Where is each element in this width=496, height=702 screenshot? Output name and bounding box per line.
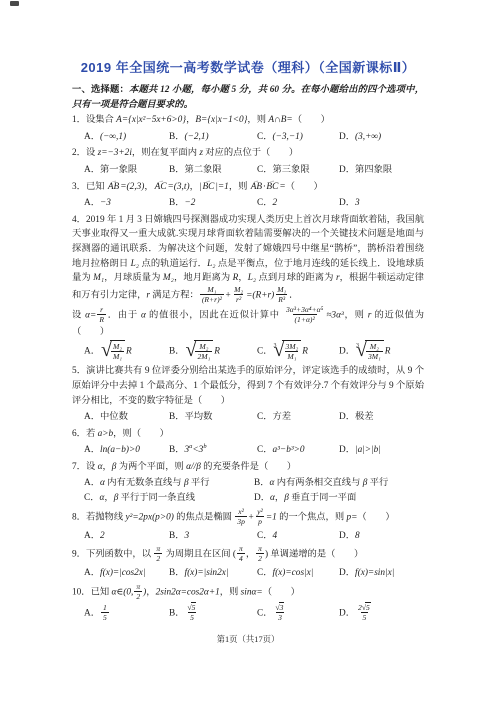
root-expression: 3√3M₂M₁ [274,340,302,361]
question-6: 6．若 a>b，则（ ）A．ln(a−b)>0B．3a<3bC．a³−b³>0D… [72,427,424,458]
text-run: D．极差 [339,412,374,422]
text-run: 为两个平面，则 [116,462,186,472]
text-run: D．第四象限 [339,165,392,175]
text-run: ，则 [229,182,250,192]
text-run: A． [84,445,100,455]
text-run: ，则在复平面内 [132,148,199,158]
denominator: 2M₁ [195,351,212,361]
math-run: 3 [355,198,360,208]
math-run: −3 [100,198,111,208]
vector: BC [265,180,279,195]
text-run: 平行 [189,478,210,488]
text-run: 内有两条相交直线与 [274,478,362,488]
math-run: R [126,347,132,357]
option-D: D．2√55 [339,604,424,623]
option-A: A．2 [84,529,169,544]
fraction: √33 [274,603,287,622]
text-run: A．第一象限 [84,165,137,175]
math-run: =(2,3) [120,182,144,192]
denominator: R³ [276,294,287,304]
numerator: M₂ [197,342,210,351]
radicand: 5 [191,602,197,612]
fraction: M₁(R+r)² [200,285,224,304]
denominator: 5 [188,612,196,622]
text-run: 平行于同一条直线 [118,493,195,503]
math-run: <3 [192,445,203,455]
fraction: M₂3M₁ [366,342,383,361]
options-row: A．ln(a−b)>0B．3a<3bC．a³−b³>0D．|a|>|b| [72,443,424,458]
question-stem: 1．设集合 A={x|x²−5x+6>0}，B={x|x−1<0}，则 A∩B=… [72,113,424,128]
math-run: y²=2px(p>0) [125,512,173,522]
math-run: =(3,t) [168,182,190,192]
numerator: π [134,582,142,591]
text-run: ， [146,587,155,597]
option-C: C．方差 [257,410,339,425]
denominator: R [97,314,106,324]
text-run: 9．下列函数中，以 [72,550,153,560]
math-run: p= [346,512,357,522]
math-run: 2 [273,198,278,208]
text-run: ， [190,182,199,192]
denominator: (1+α)² [293,314,317,324]
options-row: A．第一象限B．第二象限C．第三象限D．第四象限 [72,163,424,178]
denominator: 3M₁ [366,351,383,361]
fraction: π2 [154,544,162,563]
math-run: L₂ [131,259,139,269]
text-run: 的焦点是椭圆 [174,512,234,522]
math-run: |a|>|b| [355,445,381,455]
question-7: 7．设 α，β 为两个平面，则 α//β 的充要条件是（ ）A．α 内有无数条直… [72,460,424,506]
option-D: D．3√M₂3M₁R [339,341,424,362]
math-run: 4 [273,531,278,541]
text-run: ， [104,493,113,503]
denominator: M₁ [111,351,124,361]
root-content: M₂3M₁ [365,340,384,361]
text-run: ， [275,493,284,503]
text-run: 点的轨道运行． [139,259,207,269]
text-run: C． [257,568,273,578]
exam-content: 一、选择题：本题共 12 小题，每小题 5 分，共 60 分。在每小题给出的四个… [72,83,424,647]
text-run: 为周期且在区间 ( [163,550,236,560]
text-run: ， [238,273,247,283]
math-run: ≈3α³ [326,310,343,320]
text-run: ) 单调递增的是（ ） [265,550,363,560]
option-A: A．f(x)=|cos2x| [84,566,169,581]
question-stem: 7．设 α，β 为两个平面，则 α//β 的充要条件是（ ） [72,460,424,475]
option-C: C．a³−b³>0 [257,443,339,458]
exam-page: 2019 年全国统一高考数学试卷（理科）（全国新课标Ⅱ） 一、选择题：本题共 1… [0,0,496,702]
text-run: ，则（ ） [113,429,169,439]
question-stem: 3．已知 AB=(2,3)，AC=(3,t)，|BC|=1，则 AB·BC=（ … [72,180,424,195]
option-D: D．第四象限 [339,163,424,178]
question-1: 1．设集合 A={x|x²−5x+6>0}，B={x|x−1<0}，则 A∩B=… [72,113,424,144]
denominator: M₁ [285,351,298,361]
text-run: A． [84,198,100,208]
fraction: M₂r² [232,285,245,304]
numerator: 3α³+3α⁴+α⁵ [284,305,325,314]
option-C: C．3√3M₂M₁R [257,341,339,362]
math-run: + [248,512,254,522]
option-C: C．f(x)=cos|x| [257,566,339,581]
text-run: 对应的点位于（ ） [203,148,298,158]
text-run: ，地月距离为 [174,273,233,283]
option-B: B．−2 [169,196,257,211]
text-run: B． [169,531,185,541]
text-run: A． [84,608,100,618]
option-C: C．(−3,−1) [257,130,339,145]
option-A: A．−3 [84,196,169,211]
question-5: 5．演讲比赛共有 9 位评委分别给出某选手的原始评分，评定该选手的成绩时，从 9… [72,364,424,424]
math-run: B={x|x−1<0} [195,115,247,125]
options-row: A．−3B．−2C．2D．3 [72,196,424,211]
fraction: M₂2M₁ [195,342,212,361]
numerator: 1 [101,603,109,612]
option-A: A．中位数 [84,410,169,425]
text-run: B． [169,445,185,455]
math-run: A∩B= [268,115,292,125]
question-8: 8．若抛物线 y²=2px(p>0) 的焦点是椭圆 x²3p+y²p=1 的一个… [72,508,424,544]
options-row: A．中位数B．平均数C．方差D．极差 [72,410,424,425]
text-run: ，则 [220,587,241,597]
option-C: C．α，β 平行于同一条直线 [84,491,254,506]
fraction: π4 [237,544,245,563]
math-run: f(x)=|sin2x| [185,568,229,578]
text-run: D． [339,445,355,455]
text-run: ， [246,550,255,560]
text-run: 8．若抛物线 [72,512,125,522]
math-run: a³−b³>0 [273,445,305,455]
numerator: y² [255,507,265,516]
option-B: B．√M₂2M₁R [169,341,257,362]
text-run: 7．设 [72,462,98,472]
math-run: α∈(0, [112,587,134,597]
options-row: A．f(x)=|cos2x|B．f(x)=|sin2x|C．f(x)=cos|x… [72,566,424,581]
text-run: 的一个焦点，则 [277,512,347,522]
question-stem: 2．设 z=−3+2i，则在复平面内 z 对应的点位于（ ） [72,146,424,161]
math-run: R [385,347,391,357]
text-run: 6．若 [72,429,98,439]
question-stem: 4．2019 年 1 月 3 日嫦娥四号探测器成功实现人类历史上首次月球背面软着… [72,213,424,305]
math-run: −2 [185,198,196,208]
math-run: f(x)=|cos2x| [100,568,145,578]
text-run: ． [289,290,298,300]
math-run: A={x|x²−5x+6>0} [116,115,186,125]
math-run: α//β [186,462,201,472]
text-run: C． [257,608,273,618]
text-run: 内有无数条直线与 [105,478,184,488]
text-run: B． [169,347,185,357]
root-content: 3M₂M₁ [282,340,301,361]
math-run: + [225,290,231,300]
root-expression: √M₂M₁ [101,340,125,361]
text-run: C． [257,445,273,455]
denominator: 3 [276,612,284,622]
math-run: M₁ [93,273,104,283]
text-run: 点到月球的距离为 [256,273,336,283]
fraction: rR [97,305,106,324]
vector: AC [154,180,168,195]
option-A: A．第一象限 [84,163,169,178]
numerator: x² [236,507,246,516]
root-expression: √M₂2M₁ [186,340,214,361]
question-2: 2．设 z=−3+2i，则在复平面内 z 对应的点位于（ ）A．第一象限B．第二… [72,146,424,177]
option-D: D．极差 [339,410,424,425]
math-run: f(x)=sin|x| [355,568,394,578]
text-run: （ ） [263,587,300,597]
fraction: 15 [101,603,109,622]
denominator: 5 [361,612,369,622]
text-run: A． [84,132,100,142]
text-run: 满足方程： [150,290,199,300]
numerator: M₂ [232,285,245,294]
text-run: A． [84,478,100,488]
question-3: 3．已知 AB=(2,3)，AC=(3,t)，|BC|=1，则 AB·BC=（ … [72,180,424,211]
text-run: 1．设集合 [72,115,116,125]
questions-list: 1．设集合 A={x|x²−5x+6>0}，B={x|x−1<0}，则 A∩B=… [72,113,424,623]
root-index: 3 [356,339,359,354]
text-run: B． [169,608,185,618]
question-stem: 设 α=rR．由于 α 的值很小，因此在近似计算中 3α³+3α⁴+α⁵(1+α… [72,306,424,340]
option-C: C．4 [257,529,339,544]
option-B: B．平均数 [169,410,257,425]
section-intro: 一、选择题：本题共 12 小题，每小题 5 分，共 60 分。在每小题给出的四个… [72,83,424,112]
text-run: B． [169,198,185,208]
denominator: 2 [134,591,142,601]
math-run: L₂ [248,273,256,283]
numerator: π [154,544,162,553]
fraction: M₁R³ [275,285,288,304]
denominator: 3p [235,516,247,526]
text-run: C． [257,132,273,142]
option-D: D．(3,+∞) [339,130,424,145]
text-run: B． [169,568,185,578]
text-run: 设 [72,310,85,320]
option-A: A．√M₂M₁R [84,341,169,362]
question-stem: 10．已知 α∈(0,π2)，2sin2α=cos2α+1，则 sinα=（ ） [72,583,424,602]
numerator: M₂ [111,342,124,351]
text-run: 2．设 [72,148,98,158]
text-run: C． [257,531,273,541]
option-C: C．√33 [257,604,339,623]
option-B: B．α 内有两条相交直线与 β 平行 [254,476,424,491]
text-run: D． [339,608,355,618]
options-row: A．α 内有无数条直线与 β 平行B．α 内有两条相交直线与 β 平行C．α，β… [72,476,424,505]
fraction: 3α³+3α⁴+α⁵(1+α)² [284,305,325,324]
numerator: 3M₂ [283,342,300,351]
math-run: (3,+∞) [355,132,381,142]
fraction: π2 [256,544,264,563]
scan-artifact [10,1,19,6]
text-run: 的充要条件是（ ） [201,462,296,472]
text-run: C．第三象限 [257,165,310,175]
text-run: D． [339,347,355,357]
math-run: sinα= [241,587,263,597]
question-stem: 6．若 a>b，则（ ） [72,427,424,442]
math-run: α= [85,310,96,320]
vector: AB [107,180,120,195]
option-B: B．√55 [169,604,257,623]
math-run: (−3,−1) [273,132,303,142]
denominator: 4 [237,553,245,563]
option-A: A．15 [84,604,169,623]
text-run: 的值很小，因此在近似计算中 [146,310,283,320]
text-run: 平行 [367,478,388,488]
option-B: B．3a<3b [169,443,257,458]
numerator: √5 [186,603,199,612]
text-run: ，月球质量为 [104,273,163,283]
text-run: C． [257,198,273,208]
fraction: y²p [255,507,265,526]
root-index: 3 [274,339,277,354]
option-C: C．2 [257,196,339,211]
question-9: 9．下列函数中，以 π2 为周期且在区间 (π4，π2) 单调递增的是（ ）A．… [72,545,424,581]
math-run: (−∞,1) [100,132,126,142]
text-run: ．由于 [107,310,141,320]
denominator: r² [234,294,243,304]
option-B: B．第二象限 [169,163,257,178]
options-row: A．(−∞,1)B．(−2,1)C．(−3,−1)D．(3,+∞) [72,130,424,145]
numerator: M₂ [368,342,381,351]
denominator: 5 [101,612,109,622]
text-run: （ ） [293,115,330,125]
question-stem: 9．下列函数中，以 π2 为周期且在区间 (π4，π2) 单调递增的是（ ） [72,545,424,564]
options-row: A．2B．3C．4D．8 [72,529,424,544]
numerator: π [256,544,264,553]
option-B: B．3 [169,529,257,544]
math-run: 2sin2α=cos2α+1 [156,587,220,597]
text-run: D． [339,198,355,208]
option-B: B．f(x)=|sin2x| [169,566,257,581]
numerator: 2√5 [356,603,373,612]
option-D: D．8 [339,529,424,544]
fraction: π2 [134,582,142,601]
question-4: 4．2019 年 1 月 3 日嫦娥四号探测器成功实现人类历史上首次月球背面软着… [72,213,424,363]
option-A: A．α 内有无数条直线与 β 平行 [84,476,254,491]
math-run: 8 [355,531,360,541]
text-run: B． [169,132,185,142]
math-run: =1 [266,512,277,522]
text-run: B．第二象限 [169,165,222,175]
text-run: ， [186,115,195,125]
math-run: a>b [98,429,114,439]
vector: AB [250,180,263,195]
text-run: C．方差 [257,412,291,422]
numerator: π [237,544,245,553]
vector: BC [201,180,215,195]
math-run: ln(a−b)>0 [100,445,140,455]
denominator: 2 [154,553,162,563]
fraction: 3M₂M₁ [283,342,300,361]
text-run: B．平均数 [169,412,212,422]
question-stem: 5．演讲比赛共有 9 位评委分别给出某选手的原始评分，评定该选手的成绩时，从 9… [72,364,424,408]
text-run: C． [257,347,273,357]
text-run: D． [339,132,355,142]
text-run: D． [339,568,355,578]
math-run: |=1 [215,182,228,192]
option-D: D．3 [339,196,424,211]
option-A: A．(−∞,1) [84,130,169,145]
radicand: 3 [279,602,285,612]
denominator: p [256,516,264,526]
text-run: A． [84,347,100,357]
numerator: r [98,305,105,314]
page-number-footer: 第1页（共17页） [72,633,424,648]
root-content: M₂2M₁ [194,340,213,361]
page-title: 2019 年全国统一高考数学试卷（理科）（全国新课标Ⅱ） [0,57,496,76]
root-content: M₂M₁ [110,340,125,361]
numerator: √3 [274,603,287,612]
math-run: M₂ [163,273,174,283]
text-run: A． [84,531,100,541]
option-D: D．α，β 垂直于同一平面 [254,491,424,506]
text-run: C． [84,493,100,503]
text-run: ， [144,182,153,192]
math-run: z=−3+2i [98,148,132,158]
text-run: 3．已知 [72,182,107,192]
options-row: A．√M₂M₁RB．√M₂2M₁RC．3√3M₂M₁RD．3√M₂3M₁R [72,341,424,362]
option-B: B．(−2,1) [169,130,257,145]
text-run: A．中位数 [84,412,128,422]
denominator: 2 [256,553,264,563]
math-run: R [214,347,220,357]
numerator: M₁ [205,285,218,294]
denominator: (R+r)² [200,294,224,304]
text-run: ，则 [344,310,368,320]
question-stem: 8．若抛物线 y²=2px(p>0) 的焦点是椭圆 x²3p+y²p=1 的一个… [72,508,424,527]
text-run: D． [254,493,270,503]
text-run: 10．已知 [72,587,112,597]
fraction: 2√55 [356,603,373,622]
math-run: R [302,347,308,357]
text-run: A． [84,568,100,578]
math-run: 3 [185,531,190,541]
text-run: ，则 [247,115,268,125]
fraction: √55 [186,603,199,622]
text-run: B． [254,478,270,488]
option-D: D．f(x)=sin|x| [339,566,424,581]
text-run: 5．演讲比赛共有 9 位评委分别给出某选手的原始评分，评定该选手的成绩时，从 9… [72,366,424,405]
section-label: 一、选择题： [72,85,129,95]
superscript: b [203,443,206,450]
text-run: 垂直于同一平面 [289,493,356,503]
text-run: （ ） [357,512,394,522]
fraction: M₂M₁ [111,342,124,361]
math-run: f(x)=cos|x| [273,568,314,578]
option-D: D．|a|>|b| [339,443,424,458]
math-run: 2 [100,531,105,541]
question-10: 10．已知 α∈(0,π2)，2sin2α=cos2α+1，则 sinα=（ ）… [72,583,424,623]
fraction: x²3p [235,507,247,526]
numerator: M₁ [275,285,288,294]
text-run: ， [102,462,111,472]
text-run: （ ） [286,182,323,192]
math-run: (−2,1) [185,132,209,142]
math-run: =(R+r) [246,290,274,300]
text-run: D． [339,531,355,541]
root-expression: 3√M₂3M₁ [356,340,384,361]
radicand: 5 [365,602,371,612]
options-row: A．15B．√55C．√33D．2√55 [72,604,424,623]
option-A: A．ln(a−b)>0 [84,443,169,458]
